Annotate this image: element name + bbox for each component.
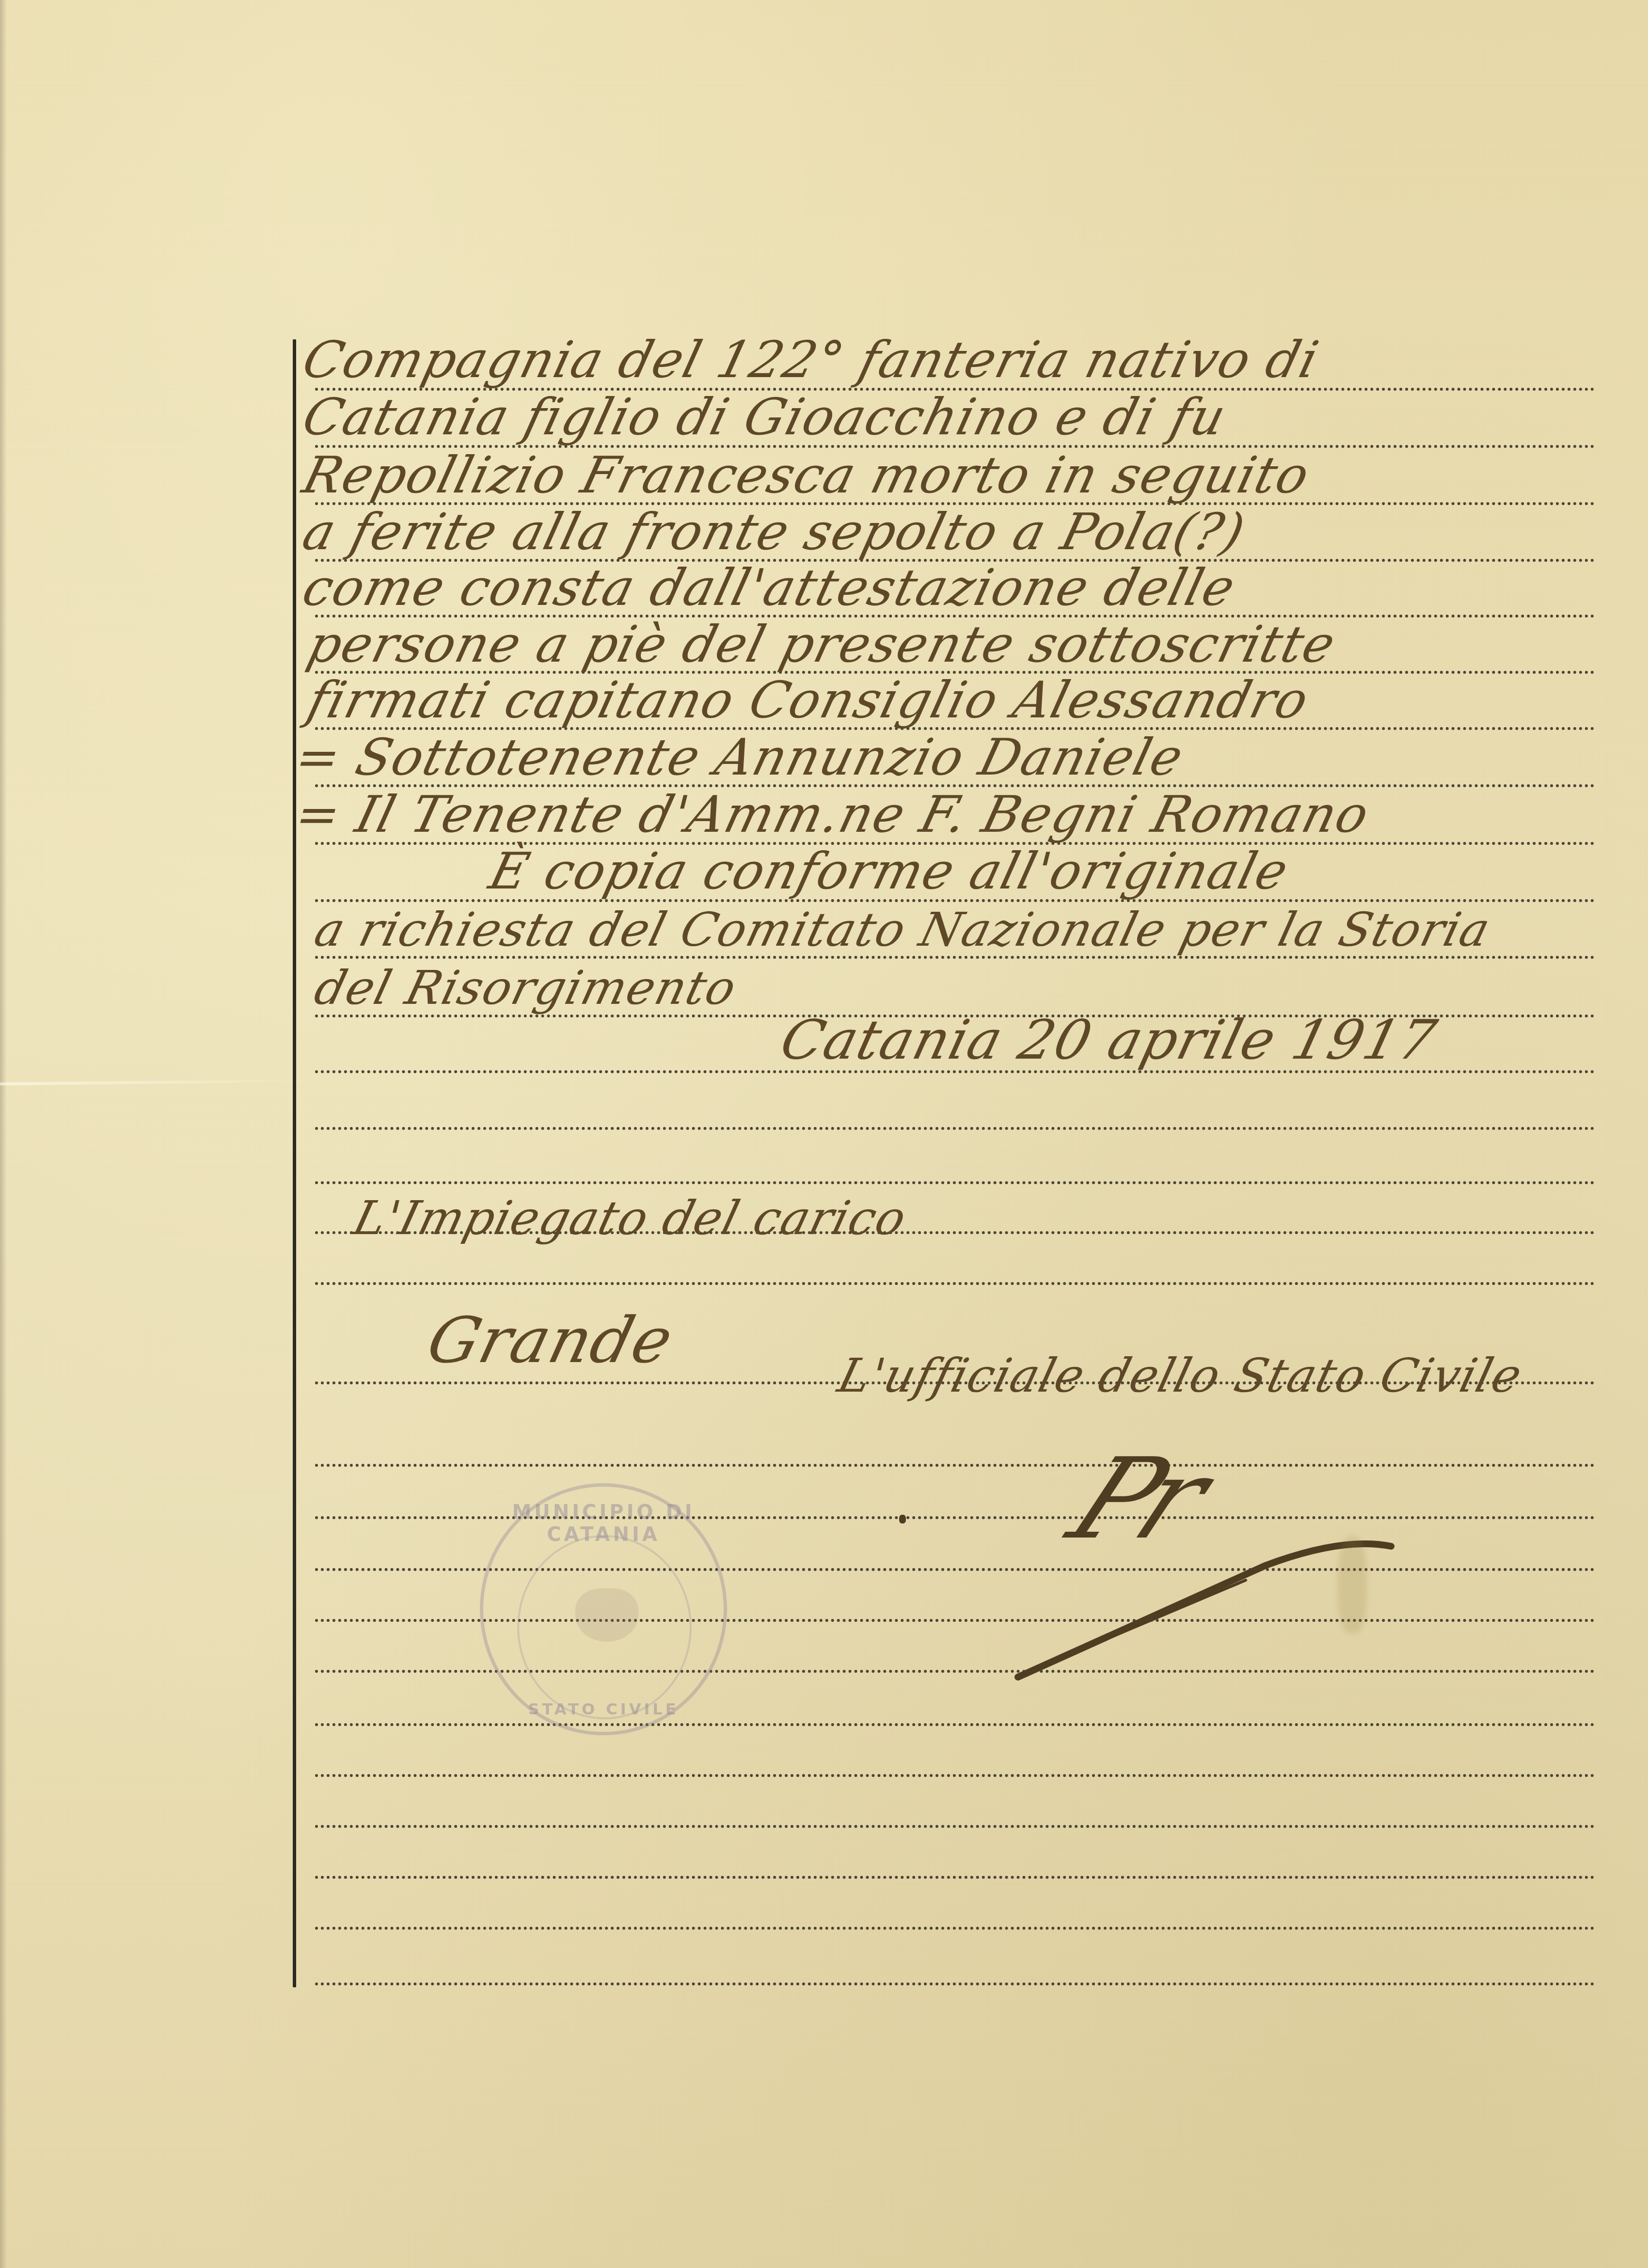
body-line-3: Repollizio Francesca morto in seguito <box>298 450 1315 500</box>
ink-stain <box>1338 1537 1367 1634</box>
ink-mark <box>899 1515 906 1523</box>
body-line-7: firmati capitano Consiglio Alessandro <box>303 675 1314 725</box>
ruled-line <box>315 1127 1595 1130</box>
body-line-4: a ferite alla fronte sepolto a Pola(?) <box>298 507 1251 557</box>
body-line-1: Compagnia del 122° fanteria nativo di <box>298 334 1324 385</box>
coat-of-arms-icon <box>575 1588 638 1642</box>
ruled-line <box>315 1464 1595 1467</box>
ruled-line <box>315 1282 1595 1285</box>
ruled-line <box>315 1825 1595 1828</box>
body-line-6: persone a piè del presente sottoscritte <box>303 619 1341 669</box>
ruled-line <box>315 1181 1595 1184</box>
certification-line-3: del Risorgimento <box>310 965 742 1011</box>
signature-flourish <box>994 1537 1488 1682</box>
margin-rule <box>293 339 296 1987</box>
place-date: Catania 20 aprile 1917 <box>776 1013 1442 1067</box>
municipal-stamp: MUNICIPIO DI CATANIA STATO CIVILE <box>480 1483 727 1735</box>
official-label: L'ufficiale dello Stato Civile <box>834 1352 1527 1399</box>
ruled-line <box>315 1723 1595 1726</box>
body-line-5: come consta dall'attestazione delle <box>298 562 1241 613</box>
body-line-2: Catania figlio di Gioacchino e di fu <box>298 392 1231 442</box>
certification-line-1: È copia conforme all'originale <box>485 846 1294 896</box>
clerk-signature: Grande <box>422 1309 680 1372</box>
ruled-line <box>315 1774 1595 1777</box>
ruled-line <box>315 1983 1595 1985</box>
ruled-line <box>315 1927 1595 1930</box>
clerk-label: L'Impiegato del carico <box>349 1195 911 1241</box>
body-line-9: = Il Tenente d'Amm.ne F. Begni Romano <box>291 789 1374 840</box>
page-edge-shadow <box>0 0 7 2268</box>
body-line-8: = Sottotenente Annunzio Daniele <box>291 732 1188 782</box>
ruled-line <box>315 1876 1595 1879</box>
certification-line-2: a richiesta del Comitato Nazionale per l… <box>310 906 1495 953</box>
stamp-bottom-text: STATO CIVILE <box>483 1700 724 1718</box>
paper-fold-crease <box>0 1079 310 1086</box>
